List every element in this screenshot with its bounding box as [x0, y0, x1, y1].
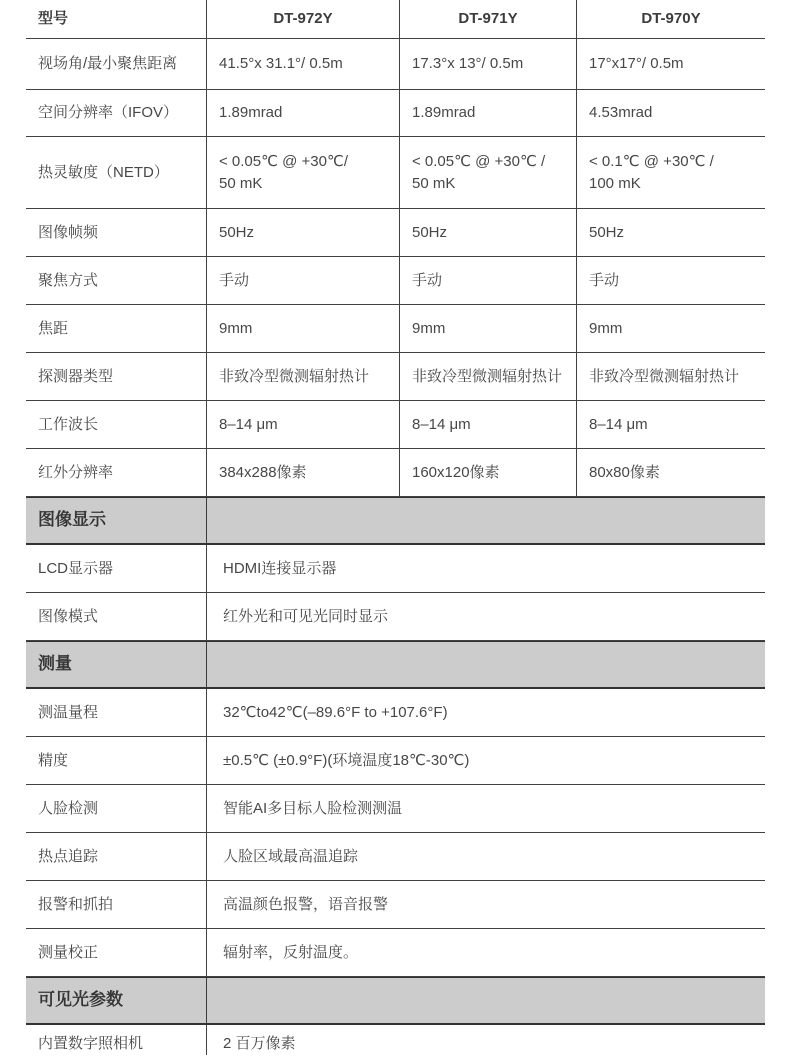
row-label: 内置数字照相机 [26, 1025, 206, 1055]
table-row: 精度±0.5℃ (±0.9°F)(环境温度18℃-30℃) [26, 737, 765, 785]
table-row: 探测器类型非致冷型微测辐射热计非致冷型微测辐射热计非致冷型微测辐射热计 [26, 353, 765, 401]
row-label: 空间分辨率（IFOV） [26, 90, 206, 136]
row-label: 精度 [26, 737, 206, 784]
row-label: 焦距 [26, 305, 206, 352]
row-value: 手动 [399, 257, 576, 304]
row-value: 人脸区域最高温追踪 [206, 833, 765, 880]
row-value: 41.5°x 31.1°/ 0.5m [206, 39, 399, 89]
section-title: 可见光参数 [26, 978, 206, 1023]
row-value: 4.53mrad [576, 90, 765, 136]
table-row: 聚焦方式手动手动手动 [26, 257, 765, 305]
row-value: 智能AI多目标人脸检测测温 [206, 785, 765, 832]
model-name-1: DT-972Y [206, 0, 399, 38]
table-row: 视场角/最小聚焦距离41.5°x 31.1°/ 0.5m17.3°x 13°/ … [26, 39, 765, 90]
row-value: ±0.5℃ (±0.9°F)(环境温度18℃-30℃) [206, 737, 765, 784]
row-label: 热灵敏度（NETD） [26, 137, 206, 208]
row-value: < 0.1℃ @ +30℃ / 100 mK [576, 137, 765, 208]
row-value: 8–14 μm [399, 401, 576, 448]
table-row: LCD显示器HDMI连接显示器 [26, 545, 765, 593]
row-value: 160x120像素 [399, 449, 576, 496]
row-value: 手动 [576, 257, 765, 304]
row-value: 32℃to42℃(–89.6°F to +107.6°F) [206, 689, 765, 736]
row-value: 8–14 μm [576, 401, 765, 448]
header-row: 型号 DT-972Y DT-971Y DT-970Y [26, 0, 765, 39]
row-value: 50Hz [399, 209, 576, 256]
row-value: 50Hz [576, 209, 765, 256]
row-value: HDMI连接显示器 [206, 545, 765, 592]
section-title: 测量 [26, 642, 206, 687]
table-row: 图像模式红外光和可见光同时显示 [26, 593, 765, 641]
row-value: 9mm [399, 305, 576, 352]
row-value: 红外光和可见光同时显示 [206, 593, 765, 640]
row-label: 测温量程 [26, 689, 206, 736]
section-row: 测量 [26, 641, 765, 689]
table-row: 测量校正辐射率，反射温度。 [26, 929, 765, 977]
row-value: 50Hz [206, 209, 399, 256]
table-row: 报警和抓拍高温颜色报警，语音报警 [26, 881, 765, 929]
row-value: < 0.05℃ @ +30℃ / 50 mK [399, 137, 576, 208]
row-value: 8–14 μm [206, 401, 399, 448]
section-filler [206, 978, 765, 1023]
table-row: 测温量程32℃to42℃(–89.6°F to +107.6°F) [26, 689, 765, 737]
section-row: 可见光参数 [26, 977, 765, 1025]
section-filler [206, 642, 765, 687]
section-row: 图像显示 [26, 497, 765, 545]
row-label: 报警和抓拍 [26, 881, 206, 928]
row-value: 非致冷型微测辐射热计 [576, 353, 765, 400]
row-value: 17.3°x 13°/ 0.5m [399, 39, 576, 89]
row-value: 非致冷型微测辐射热计 [399, 353, 576, 400]
row-label: 探测器类型 [26, 353, 206, 400]
row-value: 手动 [206, 257, 399, 304]
header-label: 型号 [26, 0, 206, 38]
spec-table: 型号 DT-972Y DT-971Y DT-970Y 视场角/最小聚焦距离41.… [26, 0, 765, 1059]
model-name-3: DT-970Y [576, 0, 765, 38]
row-value: 384x288像素 [206, 449, 399, 496]
row-label: 人脸检测 [26, 785, 206, 832]
section-title: 图像显示 [26, 498, 206, 543]
section-filler [206, 498, 765, 543]
row-label: 工作波长 [26, 401, 206, 448]
row-label: 红外分辨率 [26, 449, 206, 496]
table-row: 内置数字照相机2 百万像素 [26, 1025, 765, 1059]
spec-table-rows: 视场角/最小聚焦距离41.5°x 31.1°/ 0.5m17.3°x 13°/ … [26, 39, 765, 1059]
row-label: 热点追踪 [26, 833, 206, 880]
row-value: 2 百万像素 [206, 1025, 765, 1055]
model-name-2: DT-971Y [399, 0, 576, 38]
table-row: 热点追踪人脸区域最高温追踪 [26, 833, 765, 881]
row-label: 视场角/最小聚焦距离 [26, 39, 206, 89]
row-label: LCD显示器 [26, 545, 206, 592]
row-label: 图像模式 [26, 593, 206, 640]
row-value: 9mm [576, 305, 765, 352]
table-row: 人脸检测智能AI多目标人脸检测测温 [26, 785, 765, 833]
row-value: < 0.05℃ @ +30℃/ 50 mK [206, 137, 399, 208]
row-value: 辐射率，反射温度。 [206, 929, 765, 976]
row-value: 1.89mrad [206, 90, 399, 136]
table-row: 空间分辨率（IFOV）1.89mrad1.89mrad4.53mrad [26, 90, 765, 137]
row-value: 非致冷型微测辐射热计 [206, 353, 399, 400]
row-label: 聚焦方式 [26, 257, 206, 304]
row-label: 图像帧频 [26, 209, 206, 256]
table-row: 图像帧频50Hz50Hz50Hz [26, 209, 765, 257]
table-row: 焦距9mm9mm9mm [26, 305, 765, 353]
row-value: 高温颜色报警，语音报警 [206, 881, 765, 928]
table-row: 红外分辨率384x288像素160x120像素80x80像素 [26, 449, 765, 497]
table-row: 工作波长8–14 μm8–14 μm8–14 μm [26, 401, 765, 449]
row-value: 9mm [206, 305, 399, 352]
row-value: 17°x17°/ 0.5m [576, 39, 765, 89]
table-row: 热灵敏度（NETD）< 0.05℃ @ +30℃/ 50 mK< 0.05℃ @… [26, 137, 765, 209]
row-value: 1.89mrad [399, 90, 576, 136]
row-label: 测量校正 [26, 929, 206, 976]
row-value: 80x80像素 [576, 449, 765, 496]
